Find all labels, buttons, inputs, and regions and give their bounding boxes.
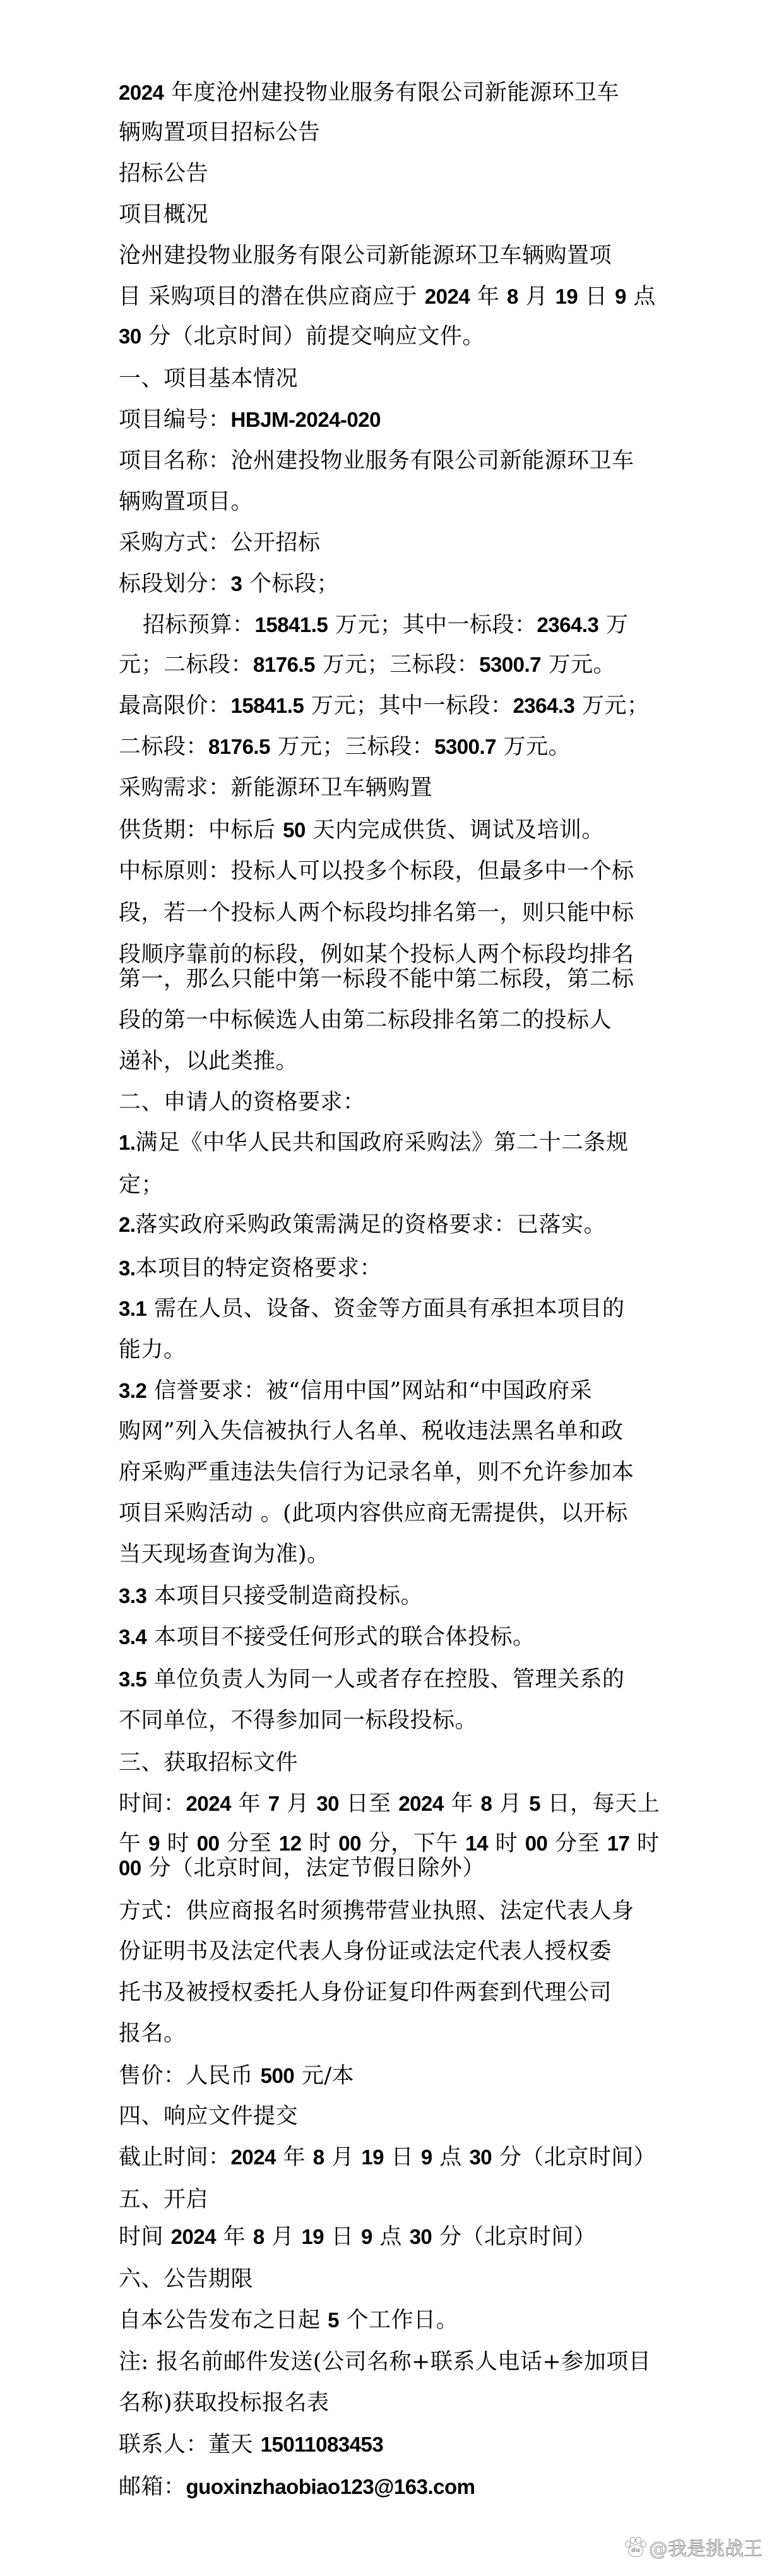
text-segment: 午 bbox=[119, 1831, 148, 1856]
text-line: 3.1 需在人员、设备、资金等方面具有承担本项目的 bbox=[119, 1295, 625, 1323]
text-segment: 截止时间： bbox=[119, 2145, 231, 2170]
text-segment: 日，每天上 bbox=[540, 1791, 660, 1816]
text-line: 能力。 bbox=[119, 1336, 186, 1364]
text-segment: 分（北京时间） bbox=[432, 2224, 596, 2250]
bold-value: 12 bbox=[279, 1832, 302, 1855]
text-segment: 点 bbox=[372, 2224, 410, 2250]
text-segment: 分（北京时间，法定节假日除外） bbox=[141, 1856, 485, 1881]
bold-value: 5 bbox=[529, 1792, 540, 1815]
text-segment: 本项目的特定资格要求： bbox=[136, 1256, 383, 1281]
text-line: 四、响应文件提交 bbox=[119, 2102, 298, 2130]
bold-value: 2024 bbox=[171, 2225, 216, 2248]
text-segment: 分（北京时间） bbox=[492, 2145, 656, 2170]
text-segment: 万元。 bbox=[496, 734, 571, 760]
bold-value: 2024 bbox=[119, 81, 163, 104]
text-line: 中标原则：投标人可以投多个标段，但最多中一个标 bbox=[119, 857, 634, 885]
bold-value: guoxinzhaobiao123@163.com bbox=[186, 2475, 475, 2498]
text-segment: 月 bbox=[264, 2224, 302, 2250]
text-segment: 招标公告 bbox=[119, 161, 208, 186]
text-segment: 分至 bbox=[547, 1831, 607, 1856]
text-line: 时间：2024 年 7 月 30 日至 2024 年 8 月 5 日，每天上 bbox=[119, 1790, 660, 1818]
text-segment: 月 bbox=[280, 1791, 317, 1816]
bold-value: 00 bbox=[338, 1832, 361, 1855]
bold-value: 15841.5 bbox=[255, 613, 328, 636]
text-segment: 月 bbox=[492, 1791, 529, 1816]
baidu-paw-icon: du bbox=[625, 2537, 645, 2557]
text-segment: 日 bbox=[578, 284, 615, 309]
bold-value: 3.4 bbox=[119, 1625, 146, 1649]
bold-value: 5300.7 bbox=[434, 735, 496, 758]
bold-value: 8 bbox=[313, 2145, 324, 2169]
text-line: 段顺序靠前的标段，例如某个投标人两个标段均排名 bbox=[119, 941, 634, 969]
text-segment: 万元；其中一标段： bbox=[328, 612, 537, 638]
text-segment: 年 bbox=[444, 1791, 481, 1816]
text-line: 采购方式：公开招标 bbox=[119, 529, 321, 557]
text-segment: 当天现场查询为准)。 bbox=[119, 1542, 330, 1567]
text-segment: 四、响应文件提交 bbox=[119, 2104, 298, 2129]
bold-value: 500 bbox=[261, 2064, 295, 2087]
text-line: 辆购置项目招标公告 bbox=[119, 119, 321, 146]
text-segment: 本项目不接受任何形式的联合体投标。 bbox=[146, 1625, 535, 1650]
text-segment: 日 bbox=[324, 2224, 361, 2250]
text-segment: 自本公告发布之日起 bbox=[119, 2308, 328, 2333]
text-line: 递补，以此类推。 bbox=[119, 1047, 298, 1075]
text-line: 目 采购项目的潜在供应商应于 2024 年 8 月 19 日 9 点 bbox=[119, 283, 656, 311]
text-segment: 注: 报名前邮件发送(公司名称+联系人电话+参加项目 bbox=[119, 2349, 651, 2375]
text-segment: 落实政府采购政策需满足的资格要求：已落实。 bbox=[136, 1212, 607, 1237]
text-line: 购网”列入失信被执行人名单、税收违法黑名单和政 bbox=[119, 1417, 623, 1445]
text-segment: 时 bbox=[488, 1831, 525, 1856]
text-segment: 项目名称：沧州建投物业服务有限公司新能源环卫车 bbox=[119, 448, 634, 474]
text-line: 00 分（北京时间，法定节假日除外） bbox=[119, 1854, 485, 1882]
text-segment: 份证明书及法定代表人身份证或法定代表人授权委 bbox=[119, 1939, 612, 1964]
text-segment: 二标段： bbox=[119, 734, 208, 760]
text-line: 2024 年度沧州建投物业服务有限公司新能源环卫车 bbox=[119, 79, 619, 107]
text-segment: 年 bbox=[231, 1791, 268, 1816]
bold-value: 3.1 bbox=[119, 1297, 146, 1320]
bold-value: 5 bbox=[328, 2308, 339, 2332]
bold-value: 19 bbox=[555, 285, 578, 308]
bold-value: 3. bbox=[119, 1256, 136, 1280]
text-segment: 沧州建投物业服务有限公司新能源环卫车辆购置项 bbox=[119, 243, 612, 268]
text-line: 不同单位，不得参加同一标段投标。 bbox=[119, 1707, 477, 1734]
text-segment: 标段划分： bbox=[119, 571, 231, 597]
text-line: 沧州建投物业服务有限公司新能源环卫车辆购置项 bbox=[119, 242, 612, 270]
text-line: 项目概况 bbox=[119, 201, 208, 229]
bold-value: 9 bbox=[361, 2225, 372, 2248]
text-segment: 时间： bbox=[119, 1791, 186, 1816]
text-segment: 目 采购项目的潜在供应商应于 bbox=[119, 284, 425, 309]
text-segment: 万 bbox=[598, 612, 628, 638]
text-segment: 不同单位，不得参加同一标段投标。 bbox=[119, 1708, 477, 1733]
bold-value: 1. bbox=[119, 1131, 136, 1154]
bold-value: 15841.5 bbox=[231, 694, 304, 717]
text-segment: 个工作日。 bbox=[339, 2308, 458, 2333]
text-segment: 段，若一个投标人两个标段均排名第一，则只能中标 bbox=[119, 900, 634, 926]
text-segment: 个标段； bbox=[242, 571, 339, 597]
bold-value: 8 bbox=[481, 1792, 492, 1815]
text-segment: 一、项目基本情况 bbox=[119, 366, 298, 391]
bold-value: 00 bbox=[197, 1832, 220, 1855]
text-segment: 年度沧州建投物业服务有限公司新能源环卫车 bbox=[163, 80, 619, 105]
bold-value: 00 bbox=[525, 1832, 548, 1855]
text-segment: 采购需求：新能源环卫车辆购置 bbox=[119, 775, 432, 801]
bold-value: 9 bbox=[421, 2145, 432, 2169]
text-line: 辆购置项目。 bbox=[119, 488, 253, 516]
text-segment: 天内完成供货、调试及培训。 bbox=[306, 818, 604, 843]
text-segment: 辆购置项目。 bbox=[119, 489, 253, 515]
bold-value: 30 bbox=[316, 1792, 339, 1815]
text-segment: 万元；其中一标段： bbox=[304, 693, 513, 719]
bold-value: 2024 bbox=[425, 285, 470, 308]
text-segment: 万元。 bbox=[541, 652, 615, 677]
text-line: 3.本项目的特定资格要求： bbox=[119, 1255, 382, 1282]
text-segment: 日 bbox=[384, 2145, 421, 2170]
text-line: 3.2 信誉要求：被“信用中国”网站和“中国政府采 bbox=[119, 1377, 592, 1405]
text-line: 1.满足《中华人民共和国政府采购法》第二十二条规 bbox=[119, 1129, 629, 1157]
text-segment: 段的第一中标候选人由第二标段排名第二的投标人 bbox=[119, 1008, 612, 1033]
text-segment: 元/本 bbox=[294, 2063, 354, 2089]
text-line: 五、开启 bbox=[119, 2186, 208, 2214]
bold-value: 8 bbox=[507, 285, 518, 308]
text-line: 三、获取招标文件 bbox=[119, 1749, 298, 1777]
text-segment: 月 bbox=[324, 2145, 362, 2170]
text-segment: 六、公告期限 bbox=[119, 2267, 253, 2292]
text-segment: 时间 bbox=[119, 2224, 171, 2250]
bold-value: 9 bbox=[615, 285, 626, 308]
text-segment: 年 bbox=[276, 2145, 313, 2170]
text-segment: 能力。 bbox=[119, 1337, 186, 1363]
bold-value: 9 bbox=[148, 1832, 160, 1855]
bold-value: 2364.3 bbox=[513, 694, 574, 717]
text-line: 3.3 本项目只接受制造商投标。 bbox=[119, 1582, 423, 1610]
text-segment: 时 bbox=[301, 1831, 338, 1856]
text-segment: 三、获取招标文件 bbox=[119, 1750, 298, 1775]
text-segment: 定； bbox=[119, 1172, 163, 1198]
bold-value: 3.3 bbox=[119, 1584, 146, 1607]
text-segment: 中标原则：投标人可以投多个标段，但最多中一个标 bbox=[119, 859, 634, 884]
text-line: 项目名称：沧州建投物业服务有限公司新能源环卫车 bbox=[119, 447, 634, 475]
bold-value: 3.2 bbox=[119, 1379, 146, 1402]
text-line: 一、项目基本情况 bbox=[119, 365, 298, 393]
bold-value: 8176.5 bbox=[253, 653, 315, 676]
text-line: 项目编号：HBJM-2024-020 bbox=[119, 406, 381, 434]
text-segment: 项目编号： bbox=[119, 407, 231, 432]
text-line: 二、申请人的资格要求： bbox=[119, 1088, 365, 1116]
text-segment: 邮箱： bbox=[119, 2474, 186, 2500]
bold-value: 17 bbox=[607, 1832, 630, 1855]
text-line: 方式：供应商报名时须携带营业执照、法定代表人身 bbox=[119, 1897, 634, 1925]
text-line: 邮箱：guoxinzhaobiao123@163.com bbox=[119, 2473, 475, 2501]
text-segment: 托书及被授权委托人身份证复印件两套到代理公司 bbox=[119, 1980, 612, 2005]
text-segment: 需在人员、设备、资金等方面具有承担本项目的 bbox=[146, 1296, 624, 1321]
text-segment: 府采购严重违法失信行为记录名单，则不允许参加本 bbox=[119, 1460, 634, 1485]
text-line: 午 9 时 00 分至 12 时 00 分，下午 14 时 00 分至 17 时 bbox=[119, 1830, 660, 1857]
text-segment: 报名。 bbox=[119, 2021, 186, 2046]
text-segment: 段顺序靠前的标段，例如某个投标人两个标段均排名 bbox=[119, 942, 634, 967]
bold-value: 2024 bbox=[398, 1792, 443, 1815]
bold-value: 7 bbox=[268, 1792, 280, 1815]
text-line: 段，若一个投标人两个标段均排名第一，则只能中标 bbox=[119, 899, 634, 927]
bold-value: 50 bbox=[283, 818, 306, 842]
bold-value: 2024 bbox=[186, 1792, 231, 1815]
bold-value: 5300.7 bbox=[479, 653, 541, 676]
text-line: 项目采购活动 。(此项内容供应商无需提供，以开标 bbox=[119, 1500, 628, 1527]
text-segment: 售价：人民币 bbox=[119, 2063, 261, 2089]
bold-value: 2. bbox=[119, 1213, 136, 1236]
bold-value: 8 bbox=[253, 2225, 264, 2248]
text-segment: 点 bbox=[626, 284, 656, 309]
bold-value: 00 bbox=[119, 1856, 141, 1880]
bold-value: 8176.5 bbox=[208, 735, 270, 758]
text-line: 当天现场查询为准)。 bbox=[119, 1541, 330, 1568]
bold-value: 15011083453 bbox=[261, 2433, 384, 2456]
bold-value: 14 bbox=[465, 1832, 488, 1855]
text-segment: 元；二标段： bbox=[119, 652, 253, 677]
text-line: 注: 报名前邮件发送(公司名称+联系人电话+参加项目 bbox=[119, 2348, 651, 2376]
bold-value: 3 bbox=[231, 572, 242, 595]
text-line: 联系人：董天 15011083453 bbox=[119, 2431, 383, 2459]
text-line: 30 分（北京时间）前提交响应文件。 bbox=[119, 323, 485, 350]
text-segment: 最高限价： bbox=[119, 693, 231, 719]
text-segment: 名称)获取投标报名表 bbox=[119, 2390, 330, 2416]
text-line: 二标段：8176.5 万元；三标段：5300.7 万元。 bbox=[119, 733, 571, 761]
watermark: du @我是挑战王 bbox=[625, 2533, 763, 2561]
text-line: 六、公告期限 bbox=[119, 2265, 253, 2293]
watermark-text: @我是挑战王 bbox=[649, 2533, 763, 2561]
bold-value: HBJM-2024-020 bbox=[231, 408, 381, 431]
text-line: 报名。 bbox=[119, 2020, 186, 2048]
text-segment: 满足《中华人民共和国政府采购法》第二十二条规 bbox=[136, 1130, 629, 1155]
announcement-page: 2024 年度沧州建投物业服务有限公司新能源环卫车辆购置项目招标公告招标公告项目… bbox=[0, 0, 784, 2576]
text-line: 定； bbox=[119, 1171, 163, 1199]
text-segment: 购网”列入失信被执行人名单、税收违法黑名单和政 bbox=[119, 1419, 623, 1444]
text-line: 招标公告 bbox=[119, 160, 208, 188]
text-line: 标段划分：3 个标段； bbox=[119, 570, 339, 598]
text-segment: 分（北京时间）前提交响应文件。 bbox=[141, 324, 485, 349]
text-segment: 递补，以此类推。 bbox=[119, 1049, 298, 1074]
text-segment: 五、开启 bbox=[119, 2187, 208, 2212]
text-segment: 年 bbox=[216, 2224, 253, 2250]
text-line: 招标预算：15841.5 万元；其中一标段：2364.3 万 bbox=[143, 611, 629, 639]
text-line: 名称)获取投标报名表 bbox=[119, 2389, 330, 2417]
text-segment: 点 bbox=[432, 2145, 470, 2170]
bold-value: 2364.3 bbox=[537, 613, 598, 636]
text-line: 元；二标段：8176.5 万元；三标段：5300.7 万元。 bbox=[119, 651, 615, 679]
text-line: 最高限价：15841.5 万元；其中一标段：2364.3 万元； bbox=[119, 692, 650, 720]
text-segment: 万元；三标段： bbox=[315, 652, 479, 677]
text-segment: 月 bbox=[518, 284, 555, 309]
bold-value: 19 bbox=[361, 2145, 384, 2169]
text-line: 3.4 本项目不接受任何形式的联合体投标。 bbox=[119, 1623, 535, 1651]
text-segment: 年 bbox=[470, 284, 507, 309]
text-line: 第一，那么只能中第一标段不能中第二标段，第二标 bbox=[119, 965, 634, 993]
text-line: 时间 2024 年 8 月 19 日 9 点 30 分（北京时间） bbox=[119, 2223, 596, 2251]
text-line: 3.5 单位负责人为同一人或者存在控股、管理关系的 bbox=[119, 1666, 625, 1693]
text-line: 截止时间：2024 年 8 月 19 日 9 点 30 分（北京时间） bbox=[119, 2144, 656, 2171]
text-segment: 项目采购活动 。(此项内容供应商无需提供，以开标 bbox=[119, 1501, 628, 1526]
bold-value: 2024 bbox=[231, 2145, 276, 2169]
text-segment: 信誉要求：被“信用中国”网站和“中国政府采 bbox=[146, 1378, 592, 1404]
text-segment: 万元； bbox=[574, 693, 649, 719]
text-line: 府采购严重违法失信行为记录名单，则不允许参加本 bbox=[119, 1458, 634, 1486]
text-segment: 分至 bbox=[219, 1831, 278, 1856]
bold-value: 30 bbox=[469, 2145, 492, 2169]
text-segment: 万元；三标段： bbox=[270, 734, 434, 760]
bold-value: 19 bbox=[301, 2225, 324, 2248]
bold-value: 30 bbox=[119, 325, 141, 348]
text-segment: 第一，那么只能中第一标段不能中第二标段，第二标 bbox=[119, 967, 634, 992]
text-segment: 时 bbox=[160, 1831, 197, 1856]
text-line: 自本公告发布之日起 5 个工作日。 bbox=[119, 2306, 458, 2334]
text-segment: 辆购置项目招标公告 bbox=[119, 120, 321, 145]
text-segment: 联系人：董天 bbox=[119, 2432, 261, 2457]
bold-value: 30 bbox=[410, 2225, 432, 2248]
text-line: 托书及被授权委托人身份证复印件两套到代理公司 bbox=[119, 1979, 612, 2007]
text-line: 段的第一中标候选人由第二标段排名第二的投标人 bbox=[119, 1006, 612, 1034]
text-line: 售价：人民币 500 元/本 bbox=[119, 2062, 354, 2090]
text-line: 2.落实政府采购政策需满足的资格要求：已落实。 bbox=[119, 1211, 606, 1239]
text-segment: 本项目只接受制造商投标。 bbox=[146, 1583, 423, 1609]
text-segment: 招标预算： bbox=[143, 612, 255, 638]
bold-value: 3.5 bbox=[119, 1667, 146, 1691]
text-line: 供货期：中标后 50 天内完成供货、调试及培训。 bbox=[119, 816, 604, 844]
text-segment: 方式：供应商报名时须携带营业执照、法定代表人身 bbox=[119, 1899, 634, 1924]
text-segment: 时 bbox=[629, 1831, 659, 1856]
text-segment: 二、申请人的资格要求： bbox=[119, 1090, 365, 1115]
text-segment: 采购方式：公开招标 bbox=[119, 530, 321, 556]
text-segment: 单位负责人为同一人或者存在控股、管理关系的 bbox=[146, 1667, 624, 1692]
text-line: 份证明书及法定代表人身份证或法定代表人授权委 bbox=[119, 1938, 612, 1965]
text-segment: 日至 bbox=[339, 1791, 398, 1816]
text-segment: 供货期：中标后 bbox=[119, 818, 283, 843]
text-segment: 分，下午 bbox=[361, 1831, 465, 1856]
text-segment: 项目概况 bbox=[119, 202, 208, 227]
text-line: 采购需求：新能源环卫车辆购置 bbox=[119, 774, 432, 802]
